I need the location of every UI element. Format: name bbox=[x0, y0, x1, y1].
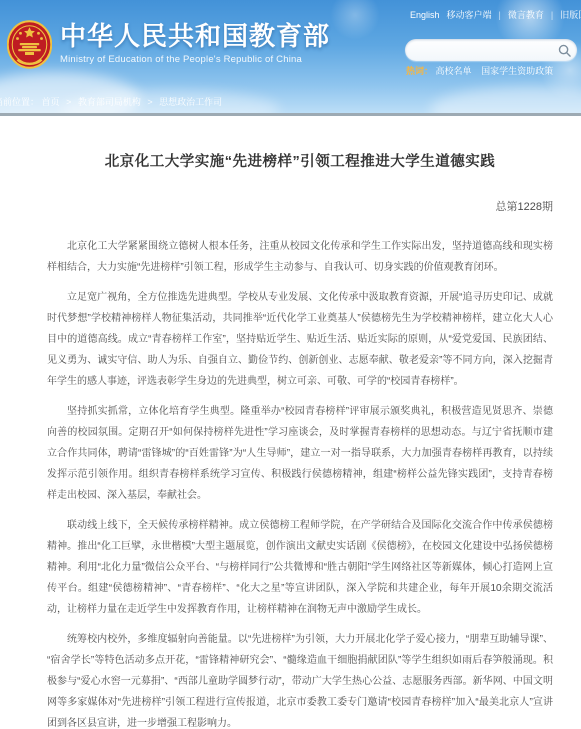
national-emblem-icon bbox=[7, 20, 52, 69]
search-input[interactable] bbox=[415, 41, 555, 59]
article-paragraph-4: 联动线上线下，全天候传承榜样精神。成立侯德榜工程师学院，在产学研结合及国际化交流… bbox=[47, 515, 553, 620]
breadcrumb-label: 当前位置： bbox=[0, 97, 39, 107]
hot-word-student-aid-policy[interactable]: 国家学生资助政策 bbox=[481, 66, 553, 76]
hot-words-label: 热词： bbox=[406, 66, 433, 76]
article-paragraph-3: 坚持抓实抓常，立体化培育学生典型。隆重举办“校园青春榜样”评审展示颁奖典礼，积极… bbox=[47, 401, 553, 506]
breadcrumb: 当前位置： 首页 > 教育部司局机构 > 思想政治工作司 bbox=[0, 95, 222, 108]
hot-words-bar: 热词： 高校名单 国家学生资助政策 bbox=[406, 64, 560, 77]
breadcrumb-separator: > bbox=[66, 97, 71, 107]
site-subtitle-english: Ministry of Education of the People's Re… bbox=[60, 54, 330, 65]
breadcrumb-ideological-political-dept[interactable]: 思想政治工作司 bbox=[159, 97, 222, 107]
search-button[interactable] bbox=[555, 41, 573, 59]
article-title: 北京化工大学实施“先进榜样”引领工程推进大学生道德实践 bbox=[47, 152, 553, 172]
site-header: 中华人民共和国教育部 Ministry of Education of the … bbox=[0, 0, 581, 113]
link-separator: | bbox=[551, 10, 553, 20]
breadcrumb-home[interactable]: 首页 bbox=[42, 97, 60, 107]
page: 中华人民共和国教育部 Ministry of Education of the … bbox=[0, 0, 581, 729]
top-link-english[interactable]: English bbox=[410, 10, 440, 20]
breadcrumb-separator: > bbox=[147, 97, 152, 107]
top-link-mobile-client[interactable]: 移动客户端 bbox=[447, 8, 492, 21]
top-link-old-version[interactable]: 旧版回顾 bbox=[560, 8, 581, 21]
article-paragraph-5: 统筹校内校外，多维度辐射向善能量。以“先进榜样”为引领，大力开展北化学子爱心接力… bbox=[47, 629, 553, 729]
cloud-decoration bbox=[430, 86, 581, 113]
issue-number: 总第1228期 bbox=[47, 198, 553, 214]
top-nav: English 移动客户端 | 微言教育 | 旧版回顾 bbox=[410, 8, 581, 21]
link-separator: | bbox=[499, 10, 501, 20]
article: 北京化工大学实施“先进榜样”引领工程推进大学生道德实践 总第1228期 北京化工… bbox=[0, 116, 581, 729]
dandelion-decoration bbox=[330, 0, 380, 40]
article-paragraph-1: 北京化工大学紧紧围绕立德树人根本任务，注重从校园文化传承和学生工作实际出发，坚持… bbox=[47, 236, 553, 278]
top-link-weiyan-education[interactable]: 微言教育 bbox=[508, 8, 544, 21]
hot-word-university-list[interactable]: 高校名单 bbox=[436, 66, 472, 76]
search-icon bbox=[558, 44, 571, 57]
article-paragraph-2: 立足宽广视角，全方位推选先进典型。学校从专业发展、文化传承中汲取教育资源，开展“… bbox=[47, 287, 553, 392]
site-brand[interactable]: 中华人民共和国教育部 Ministry of Education of the … bbox=[7, 20, 330, 69]
site-title: 中华人民共和国教育部 bbox=[60, 22, 330, 50]
breadcrumb-departments[interactable]: 教育部司局机构 bbox=[78, 97, 141, 107]
search-box[interactable] bbox=[405, 39, 577, 61]
